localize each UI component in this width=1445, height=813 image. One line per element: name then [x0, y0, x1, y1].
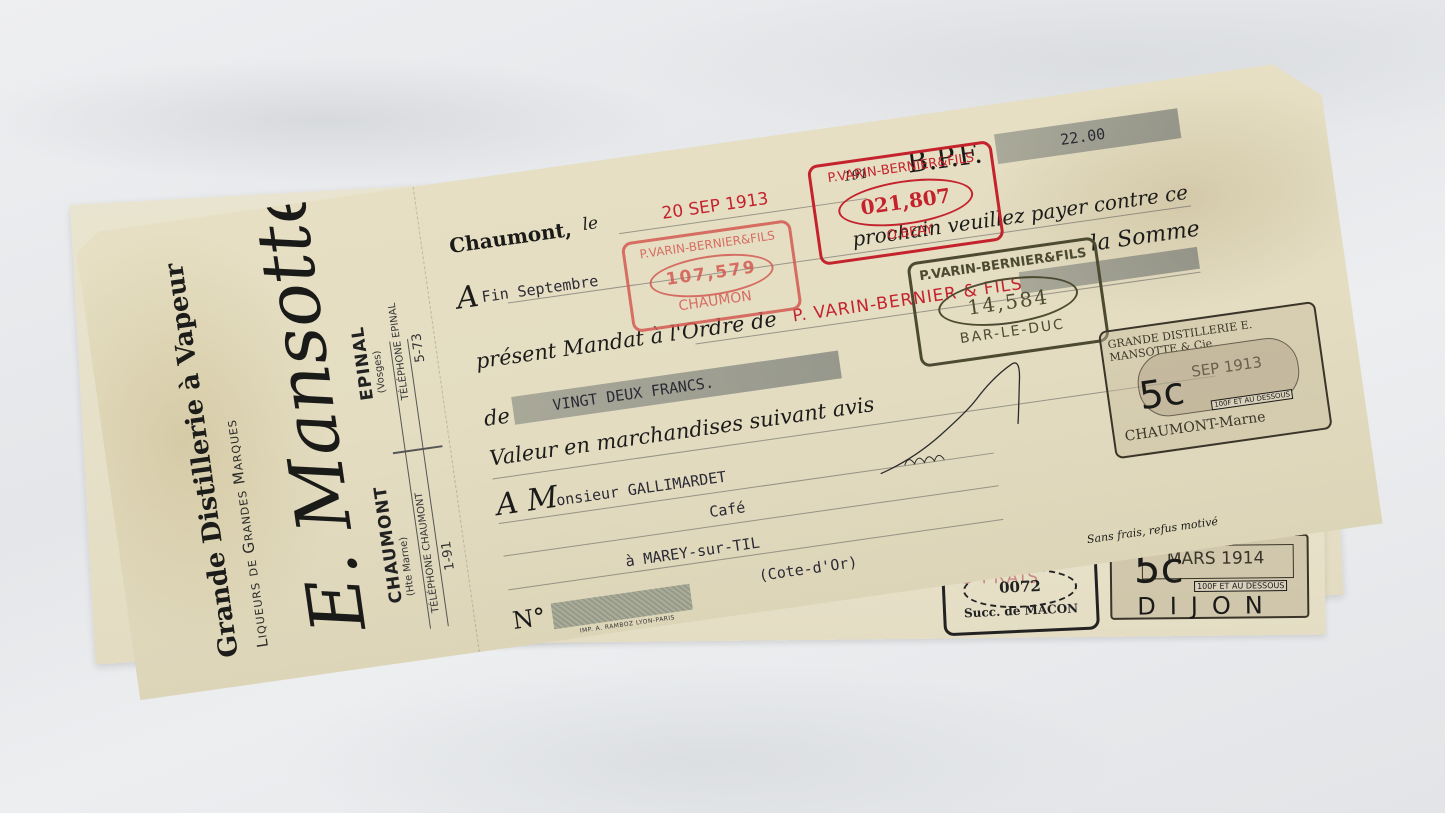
amount-words-prefix: de: [482, 404, 511, 431]
stub-phone-number-epinal: 5-73: [409, 332, 428, 363]
protest-note: Sans frais, refus motivé: [1086, 515, 1219, 546]
bank-stamp-bar-le-duc: P.VARIN-BERNIER&FILS 14,584 BAR-LE-DUC: [906, 236, 1110, 368]
addressee-town: à MAREY-sur-TIL: [624, 534, 761, 571]
number-label: N°: [511, 603, 548, 635]
bank-stamp-red-primary: P.VARIN-BERNIER&FILS 021,807 O.BEAY: [807, 140, 1005, 266]
due-prefix: A: [454, 279, 480, 317]
bill-place-suffix: le: [581, 213, 599, 235]
town-rule: [508, 519, 1003, 590]
addressee-department: (Cote-d'Or): [758, 553, 859, 585]
stub-cross-rule: [393, 445, 443, 454]
bill-place: Chaumont,: [448, 217, 573, 258]
revenue-stamp-chaumont: GRANDE DISTILLERIE E. MANSOTTE & Cie SEP…: [1098, 301, 1333, 460]
addressee-business: Café: [708, 498, 746, 521]
due-date: Fin Septembre: [481, 272, 600, 306]
stub-phone-number-chaumont: 1-91: [439, 540, 458, 571]
signature: [862, 350, 1056, 484]
